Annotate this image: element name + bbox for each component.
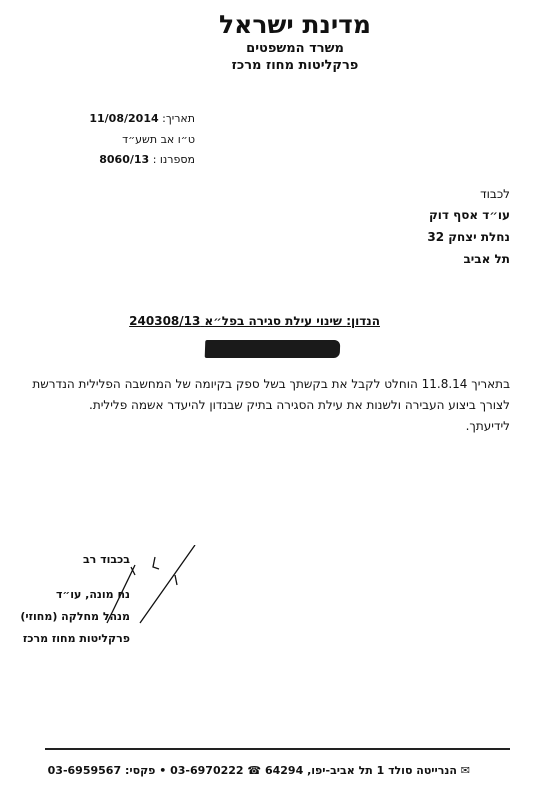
reference-line: מספרנו : 8060/13 bbox=[99, 153, 195, 166]
footer-fax-label: • פקסי: bbox=[125, 764, 166, 777]
subject-line: הנדון: שינוי עילת סגירה בפל״א 240308/13 bbox=[180, 314, 380, 328]
date-label: תאריך: bbox=[162, 112, 195, 125]
footer-address: הנרייטה סולד 1 תל אביב-יפו, bbox=[307, 764, 457, 777]
date-value: 11/08/2014 bbox=[89, 112, 158, 125]
recipient-city: תל אביב bbox=[463, 252, 510, 266]
footer-fax: 03-6959567 bbox=[48, 764, 121, 777]
body-line-2: לצורך ביצוע העבירה ולשנות את עילת הסגירה… bbox=[89, 398, 510, 412]
reference-label: מספרנו : bbox=[153, 153, 195, 166]
body-line-3: לידיעתך. bbox=[466, 419, 510, 433]
recipient-salutation: לכבוד bbox=[480, 187, 510, 201]
letterhead-office: פרקליטות מחוז מרכז bbox=[40, 57, 550, 74]
envelope-icon: ✉ bbox=[461, 764, 470, 777]
letterhead-state: מדינת ישראל bbox=[40, 10, 550, 40]
subject-case-number: 240308/13 bbox=[129, 314, 200, 328]
letterhead-ministry: משרד המשפטים bbox=[40, 40, 550, 57]
hebrew-date: ט״ו אב תשע״ד bbox=[122, 133, 195, 146]
footer-divider bbox=[45, 748, 510, 750]
subject-text: שינוי עילת סגירה בפל״א bbox=[205, 314, 342, 328]
reference-value: 8060/13 bbox=[99, 153, 149, 166]
recipient-street: נחלת יצחק 32 bbox=[427, 230, 510, 244]
letterhead: מדינת ישראל משרד המשפטים פרקליטות מחוז מ… bbox=[0, 10, 550, 74]
recipient-name: עו״ד אסף דוק bbox=[429, 208, 510, 222]
body-line-1: בתאריך 11.8.14 הוחלט לקבל את בקשתך בשל ס… bbox=[32, 377, 510, 391]
redaction-bar bbox=[205, 340, 341, 358]
subject-label: הנדון: bbox=[346, 314, 380, 328]
footer-contact: ✉ הנרייטה סולד 1 תל אביב-יפו, 64294 ☎ 03… bbox=[60, 764, 470, 777]
date-line: תאריך: 11/08/2014 bbox=[89, 112, 195, 125]
signatory-name: נח מונה, עו״ד bbox=[56, 588, 130, 601]
footer-phone: 03-6970222 bbox=[170, 764, 243, 777]
signatory-office: פרקליטות מחוז מרכז bbox=[23, 632, 130, 645]
footer-zip: 64294 bbox=[265, 764, 303, 777]
signatory-title: מנהל מחלקה (מחוזי) bbox=[20, 610, 130, 623]
telephone-icon: ☎ bbox=[247, 764, 261, 777]
